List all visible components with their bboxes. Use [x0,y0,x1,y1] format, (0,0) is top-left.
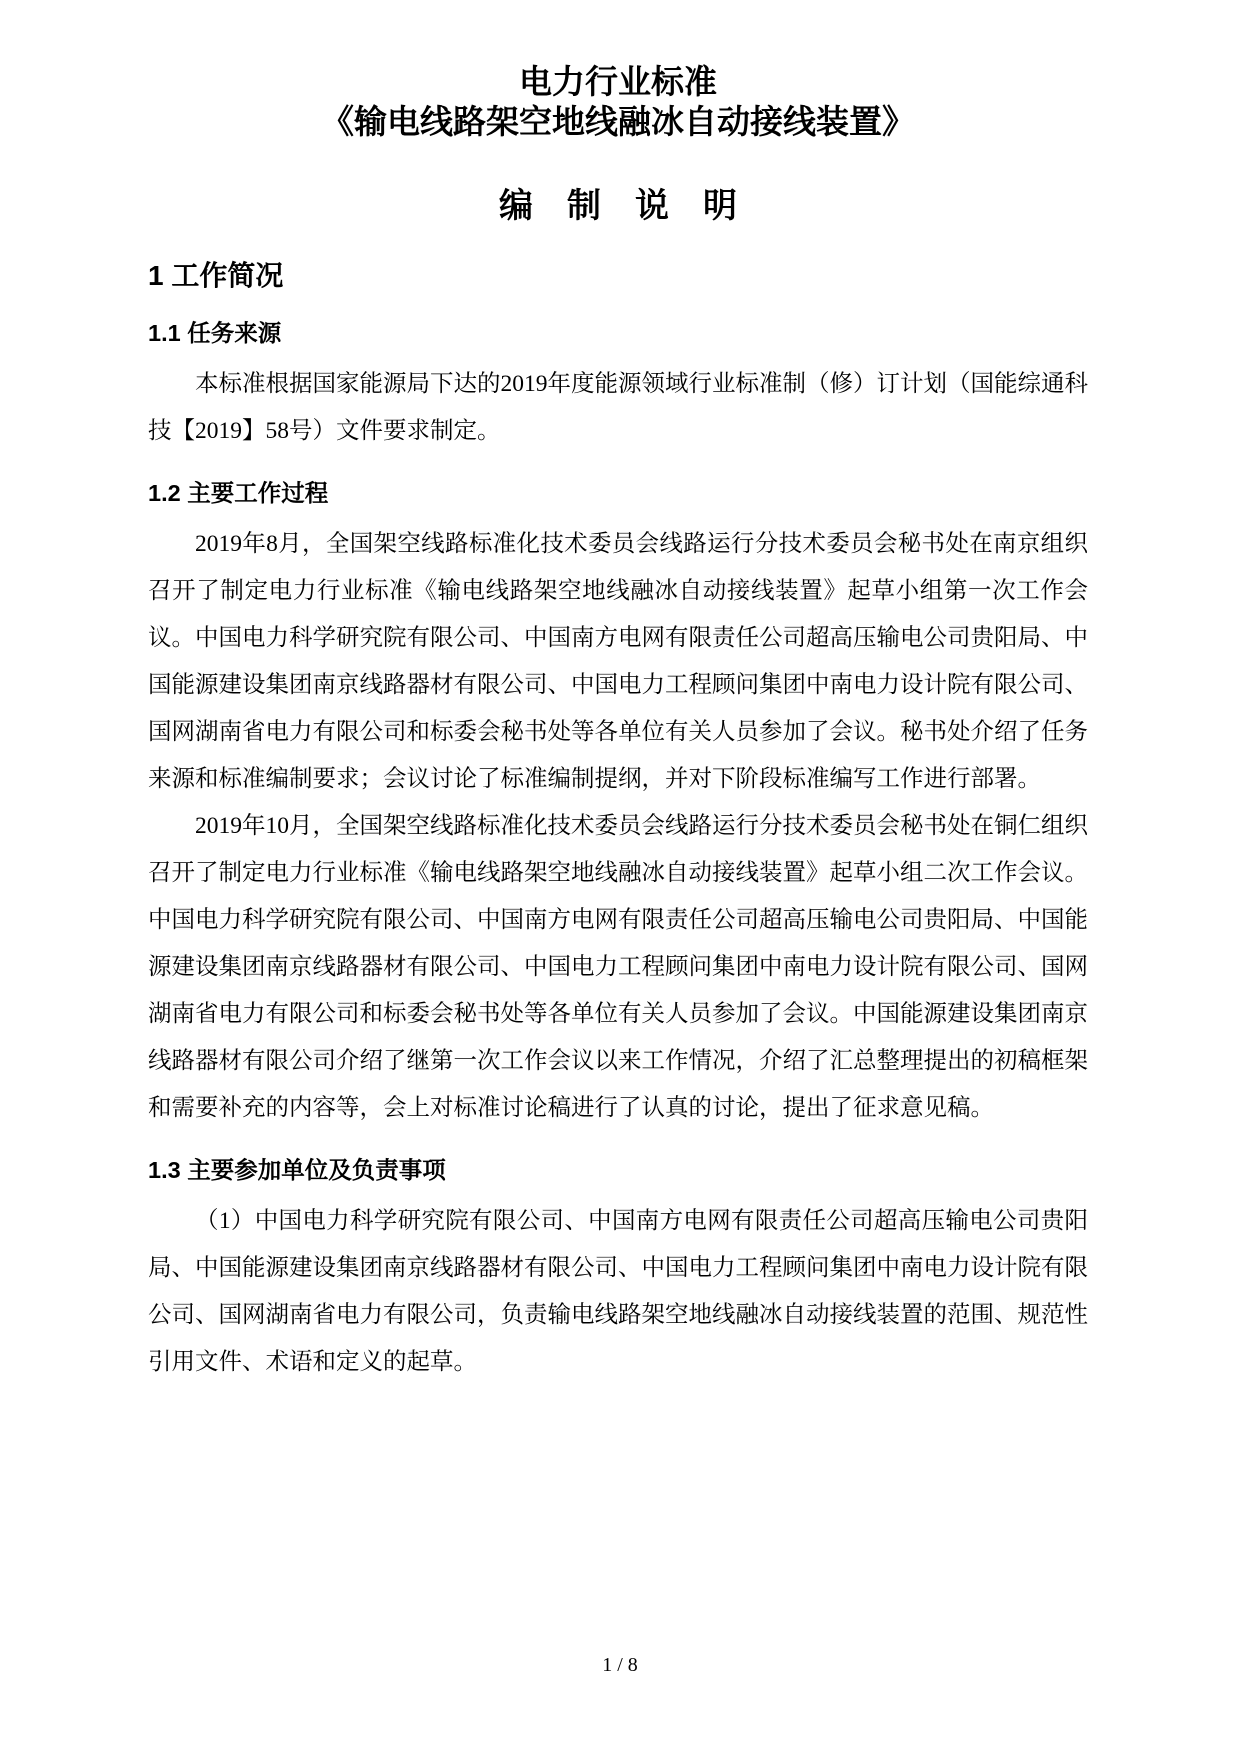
doc-title-line2: 《输电线路架空地线融冰自动接线装置》 [148,102,1088,142]
paragraph-first-meeting: 2019年8月，全国架空线路标准化技术委员会线路运行分技术委员会秘书处在南京组织… [148,521,1088,803]
paragraph-second-meeting: 2019年10月，全国架空线路标准化技术委员会线路运行分技术委员会秘书处在铜仁组… [148,803,1088,1132]
paragraph-task-source: 本标准根据国家能源局下达的2019年度能源领域行业标准制（修）订计划（国能综通科… [148,361,1088,455]
subsection-heading-task-source: 1.1 任务来源 [148,315,1088,351]
paragraph-participants: （1）中国电力科学研究院有限公司、中国南方电网有限责任公司超高压输电公司贵阳局、… [148,1198,1088,1386]
document-page: 电力行业标准 《输电线路架空地线融冰自动接线装置》 编 制 说 明 1 工作简况… [0,0,1240,1754]
section-heading-work-overview: 1 工作简况 [148,257,1088,295]
doc-title-line1: 电力行业标准 [148,62,1088,102]
subsection-heading-participants: 1.3 主要参加单位及负责事项 [148,1152,1088,1188]
subsection-heading-work-process: 1.2 主要工作过程 [148,475,1088,511]
page-number: 1 / 8 [0,1651,1240,1679]
doc-subtitle: 编 制 说 明 [148,184,1088,228]
document-content: 电力行业标准 《输电线路架空地线融冰自动接线装置》 编 制 说 明 1 工作简况… [0,0,1240,1386]
